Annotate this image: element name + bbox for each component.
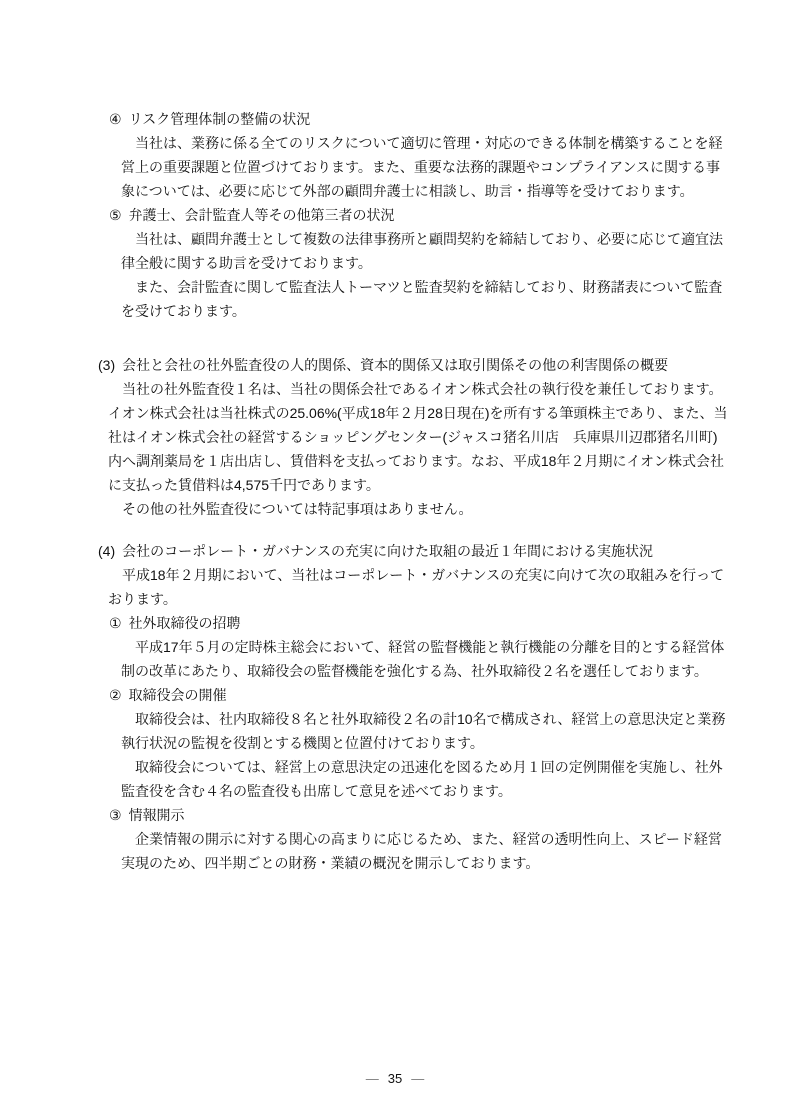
body-line: イオン株式会社は当社株式の25.06%(平成18年２月28日現在)を所有する筆頭… xyxy=(108,401,790,425)
body-line: 律全般に関する助言を受けております。 xyxy=(121,251,790,275)
body-line: 当社は、顧問弁護士として複数の法律事務所と顧問契約を締結しており、必要に応じて適… xyxy=(135,227,790,251)
item-title: リスク管理体制の整備の状況 xyxy=(129,111,311,127)
body-line: 内へ調剤薬局を１店出店し、賃借料を支払っております。なお、平成18年２月期にイオ… xyxy=(108,449,790,473)
footer-dash-right: — xyxy=(411,1071,424,1086)
section-title: 会社のコーポレート・ガバナンスの充実に向けた取組の最近１年間における実施状況 xyxy=(122,543,653,559)
body-line: 取締役会については、経営上の意思決定の迅速化を図るため月１回の定例開催を実施し、… xyxy=(135,755,790,779)
section-heading-outside-auditor-relations: (3)会社と会社の社外監査役の人的関係、資本的関係又は取引関係その他の利害関係の… xyxy=(98,353,790,377)
section-title: 会社と会社の社外監査役の人的関係、資本的関係又は取引関係その他の利害関係の概要 xyxy=(122,357,668,373)
item-title: 社外取締役の招聘 xyxy=(129,615,241,631)
body-line: 平成18年２月期において、当社はコーポレート・ガバナンスの充実に向けて次の取組み… xyxy=(122,563,790,587)
page-number: 35 xyxy=(388,1071,402,1086)
item-number: ② xyxy=(109,687,122,703)
footer-dash-left: — xyxy=(366,1071,379,1086)
item-heading-risk-management: ④リスク管理体制の整備の状況 xyxy=(109,107,790,131)
item-heading-third-parties: ⑤弁護士、会計監査人等その他第三者の状況 xyxy=(109,203,790,227)
page-footer: —35— xyxy=(0,1067,790,1091)
item-title: 取締役会の開催 xyxy=(129,687,227,703)
document-content: ④リスク管理体制の整備の状況 当社は、業務に係る全てのリスクについて適切に管理・… xyxy=(0,0,790,875)
item-heading-board-meetings: ②取締役会の開催 xyxy=(109,683,790,707)
body-line: おります。 xyxy=(108,587,790,611)
report-page: ④リスク管理体制の整備の状況 当社は、業務に係る全てのリスクについて適切に管理・… xyxy=(0,0,790,1118)
body-line: を受けております。 xyxy=(121,299,790,323)
body-line: その他の社外監査役については特記事項はありません。 xyxy=(122,497,790,521)
item-heading-outside-directors: ①社外取締役の招聘 xyxy=(109,611,790,635)
body-line: に支払った賃借料は4,575千円であります。 xyxy=(108,473,790,497)
item-number: ③ xyxy=(109,807,122,823)
item-number: ⑤ xyxy=(109,207,122,223)
body-line: 制の改革にあたり、取締役会の監督機能を強化する為、社外取締役２名を選任しておりま… xyxy=(121,659,790,683)
body-line: 当社は、業務に係る全てのリスクについて適切に管理・対応のできる体制を構築すること… xyxy=(135,131,790,155)
body-line: 平成17年５月の定時株主総会において、経営の監督機能と執行機能の分離を目的とする… xyxy=(135,635,790,659)
item-title: 情報開示 xyxy=(129,807,185,823)
item-number: ① xyxy=(109,615,122,631)
section-number: (3) xyxy=(98,357,115,373)
body-line: 執行状況の監視を役割とする機関と位置付けております。 xyxy=(121,731,790,755)
section-heading-governance-initiatives: (4)会社のコーポレート・ガバナンスの充実に向けた取組の最近１年間における実施状… xyxy=(98,539,790,563)
body-line: 営上の重要課題と位置づけております。また、重要な法務的課題やコンプライアンスに関… xyxy=(121,155,790,179)
section-number: (4) xyxy=(98,543,115,559)
item-number: ④ xyxy=(109,111,122,127)
body-line: 取締役会は、社内取締役８名と社外取締役２名の計10名で構成され、経営上の意思決定… xyxy=(135,707,790,731)
body-line: 象については、必要に応じて外部の顧問弁護士に相談し、助言・指導等を受けております… xyxy=(121,179,790,203)
body-line: 当社の社外監査役１名は、当社の関係会社であるイオン株式会社の執行役を兼任しており… xyxy=(122,377,790,401)
body-line: 実現のため、四半期ごとの財務・業績の概況を開示しております。 xyxy=(121,851,790,875)
item-heading-information-disclosure: ③情報開示 xyxy=(109,803,790,827)
body-line: 監査役を含む４名の監査役も出席して意見を述べております。 xyxy=(121,779,790,803)
body-line: 企業情報の開示に対する関心の高まりに応じるため、また、経営の透明性向上、スピード… xyxy=(135,827,790,851)
body-line: また、会計監査に関して監査法人トーマツと監査契約を締結しており、財務諸表について… xyxy=(135,275,790,299)
body-line: 社はイオン株式会社の経営するショッピングセンター(ジャスコ猪名川店 兵庫県川辺郡… xyxy=(108,425,790,449)
item-title: 弁護士、会計監査人等その他第三者の状況 xyxy=(129,207,395,223)
